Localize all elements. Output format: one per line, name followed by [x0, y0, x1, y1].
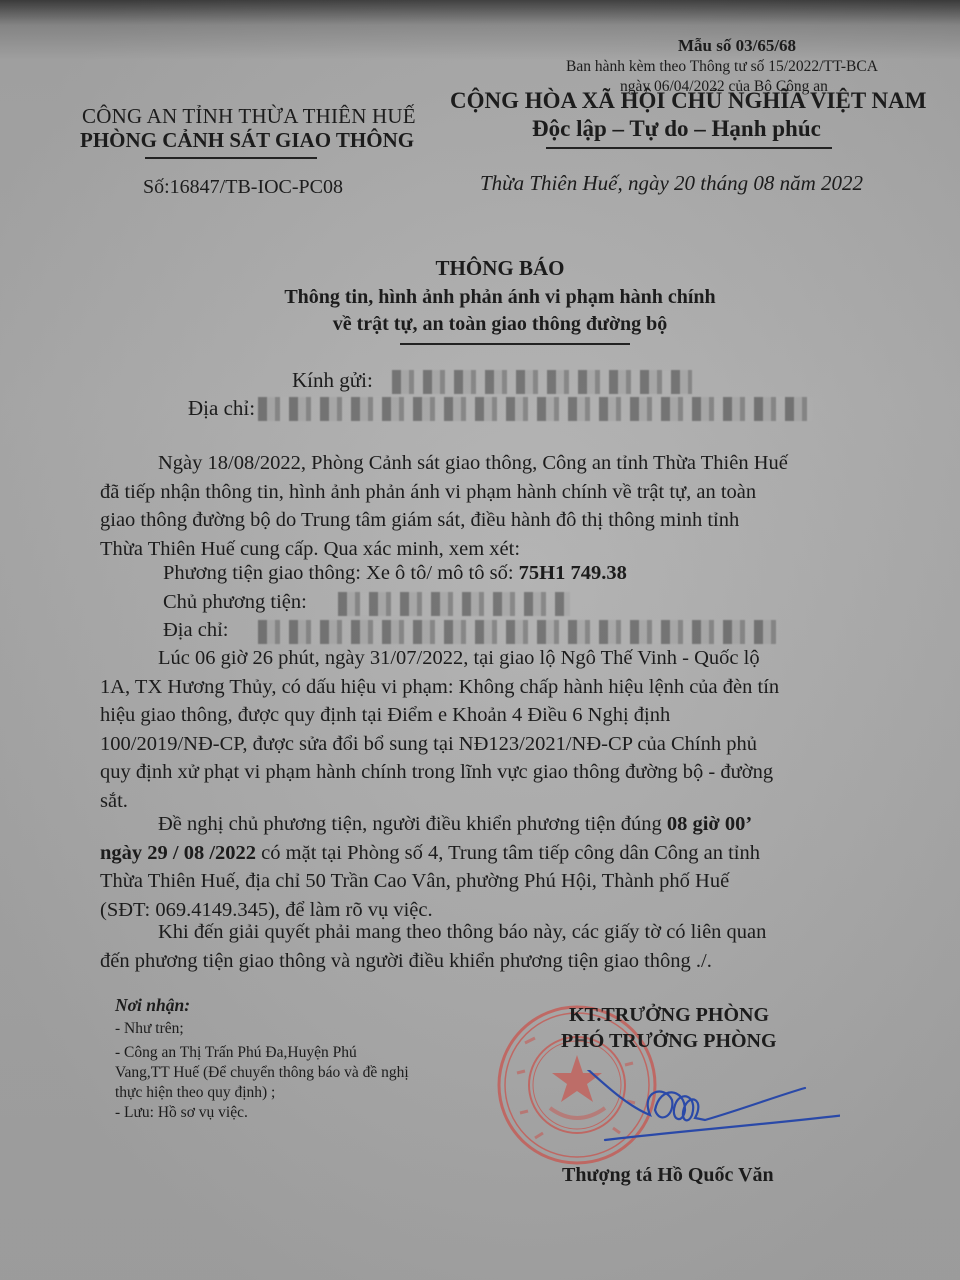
document-number: Số:16847/TB-IOC-PC08	[143, 176, 343, 199]
document-subtitle-line2: về trật tự, an toàn giao thông đường bộ	[0, 313, 960, 336]
handwritten-signature-icon	[580, 1070, 840, 1160]
appointment-date: ngày 29 / 08 /2022	[100, 842, 256, 864]
signer-name: Thượng tá Hồ Quốc Văn	[562, 1164, 774, 1187]
owner-address-redacted	[258, 620, 778, 644]
motto-underline	[546, 147, 832, 149]
recipient-name-redacted	[392, 370, 692, 394]
recipients-item: Vang,TT Huế (Để chuyển thông báo và đề n…	[115, 1064, 409, 1082]
intro-line: Ngày 18/08/2022, Phòng Cảnh sát giao thô…	[100, 449, 900, 478]
owner-address-label: Địa chỉ:	[163, 619, 228, 642]
vehicle-label: Phương tiện giao thông: Xe ô tô/ mô tô s…	[163, 562, 519, 584]
violation-paragraph: Lúc 06 giờ 26 phút, ngày 31/07/2022, tại…	[100, 644, 900, 815]
appointment-time: 08 giờ 00’	[667, 813, 752, 835]
recipient-label: Kính gửi:	[292, 368, 373, 393]
recipients-title: Nơi nhận:	[115, 995, 190, 1016]
intro-paragraph: Ngày 18/08/2022, Phòng Cảnh sát giao thô…	[100, 449, 900, 563]
form-number: Mẫu số 03/65/68	[678, 36, 796, 56]
violation-line: hiệu giao thông, được quy định tại Điểm …	[100, 701, 900, 730]
signature-title-line2: PHÓ TRƯỞNG PHÒNG	[561, 1030, 777, 1053]
bring-line: Khi đến giải quyết phải mang theo thông …	[100, 918, 900, 947]
violation-line: 1A, TX Hương Thủy, có dấu hiệu vi phạm: …	[100, 673, 900, 702]
recipient-address-label: Địa chỉ:	[188, 396, 255, 421]
organization-underline	[145, 157, 317, 159]
recipients-item: - Lưu: Hồ sơ vụ việc.	[115, 1104, 248, 1122]
place-date: Thừa Thiên Huế, ngày 20 tháng 08 năm 202…	[480, 171, 863, 196]
intro-line: đã tiếp nhận thông tin, hình ảnh phản án…	[100, 478, 900, 507]
vehicle-line: Phương tiện giao thông: Xe ô tô/ mô tô s…	[163, 562, 627, 585]
bring-documents-paragraph: Khi đến giải quyết phải mang theo thông …	[100, 918, 900, 975]
violation-line: Lúc 06 giờ 26 phút, ngày 31/07/2022, tại…	[100, 644, 900, 673]
signature-title-line1: KT.TRƯỞNG PHÒNG	[569, 1004, 769, 1027]
vehicle-plate: 75H1 749.38	[519, 562, 627, 584]
organization-unit: PHÒNG CẢNH SÁT GIAO THÔNG	[80, 128, 414, 153]
organization-parent: CÔNG AN TỈNH THỪA THIÊN HUẾ	[82, 104, 416, 129]
owner-label: Chủ phương tiện:	[163, 591, 307, 614]
request-line: Đề nghị chủ phương tiện, người điều khiể…	[100, 810, 900, 839]
request-paragraph: Đề nghị chủ phương tiện, người điều khiể…	[100, 810, 900, 924]
recipients-item: - Như trên;	[115, 1020, 184, 1038]
intro-line: giao thông đường bộ do Trung tâm giám sá…	[100, 506, 900, 535]
document-subtitle-line1: Thông tin, hình ảnh phản ánh vi phạm hàn…	[0, 286, 960, 309]
document-title: THÔNG BÁO	[0, 256, 960, 281]
violation-line: quy định xử phạt vi phạm hành chính tron…	[100, 758, 900, 787]
violation-line: 100/2019/NĐ-CP, được sửa đổi bổ sung tại…	[100, 730, 900, 759]
request-prefix: Đề nghị chủ phương tiện, người điều khiể…	[158, 813, 667, 835]
recipients-item: - Công an Thị Trấn Phú Đa,Huyện Phú	[115, 1044, 357, 1062]
recipient-address-redacted	[258, 397, 813, 421]
intro-line: Thừa Thiên Huế cung cấp. Qua xác minh, x…	[100, 535, 900, 564]
motto: Độc lập – Tự do – Hạnh phúc	[532, 116, 821, 142]
request-line: ngày 29 / 08 /2022 có mặt tại Phòng số 4…	[100, 839, 900, 868]
issued-with-line1: Ban hành kèm theo Thông tư số 15/2022/TT…	[566, 58, 878, 76]
bring-line: đến phương tiện giao thông và người điều…	[100, 947, 900, 976]
owner-name-redacted	[338, 592, 570, 616]
nation-name: CỘNG HÒA XÃ HỘI CHỦ NGHĨA VIỆT NAM	[450, 88, 926, 114]
request-location: có mặt tại Phòng số 4, Trung tâm tiếp cô…	[256, 842, 760, 864]
subtitle-underline	[400, 343, 630, 345]
request-line: Thừa Thiên Huế, địa chỉ 50 Trần Cao Vân,…	[100, 867, 900, 896]
recipients-item: thực hiện theo quy định) ;	[115, 1084, 275, 1102]
